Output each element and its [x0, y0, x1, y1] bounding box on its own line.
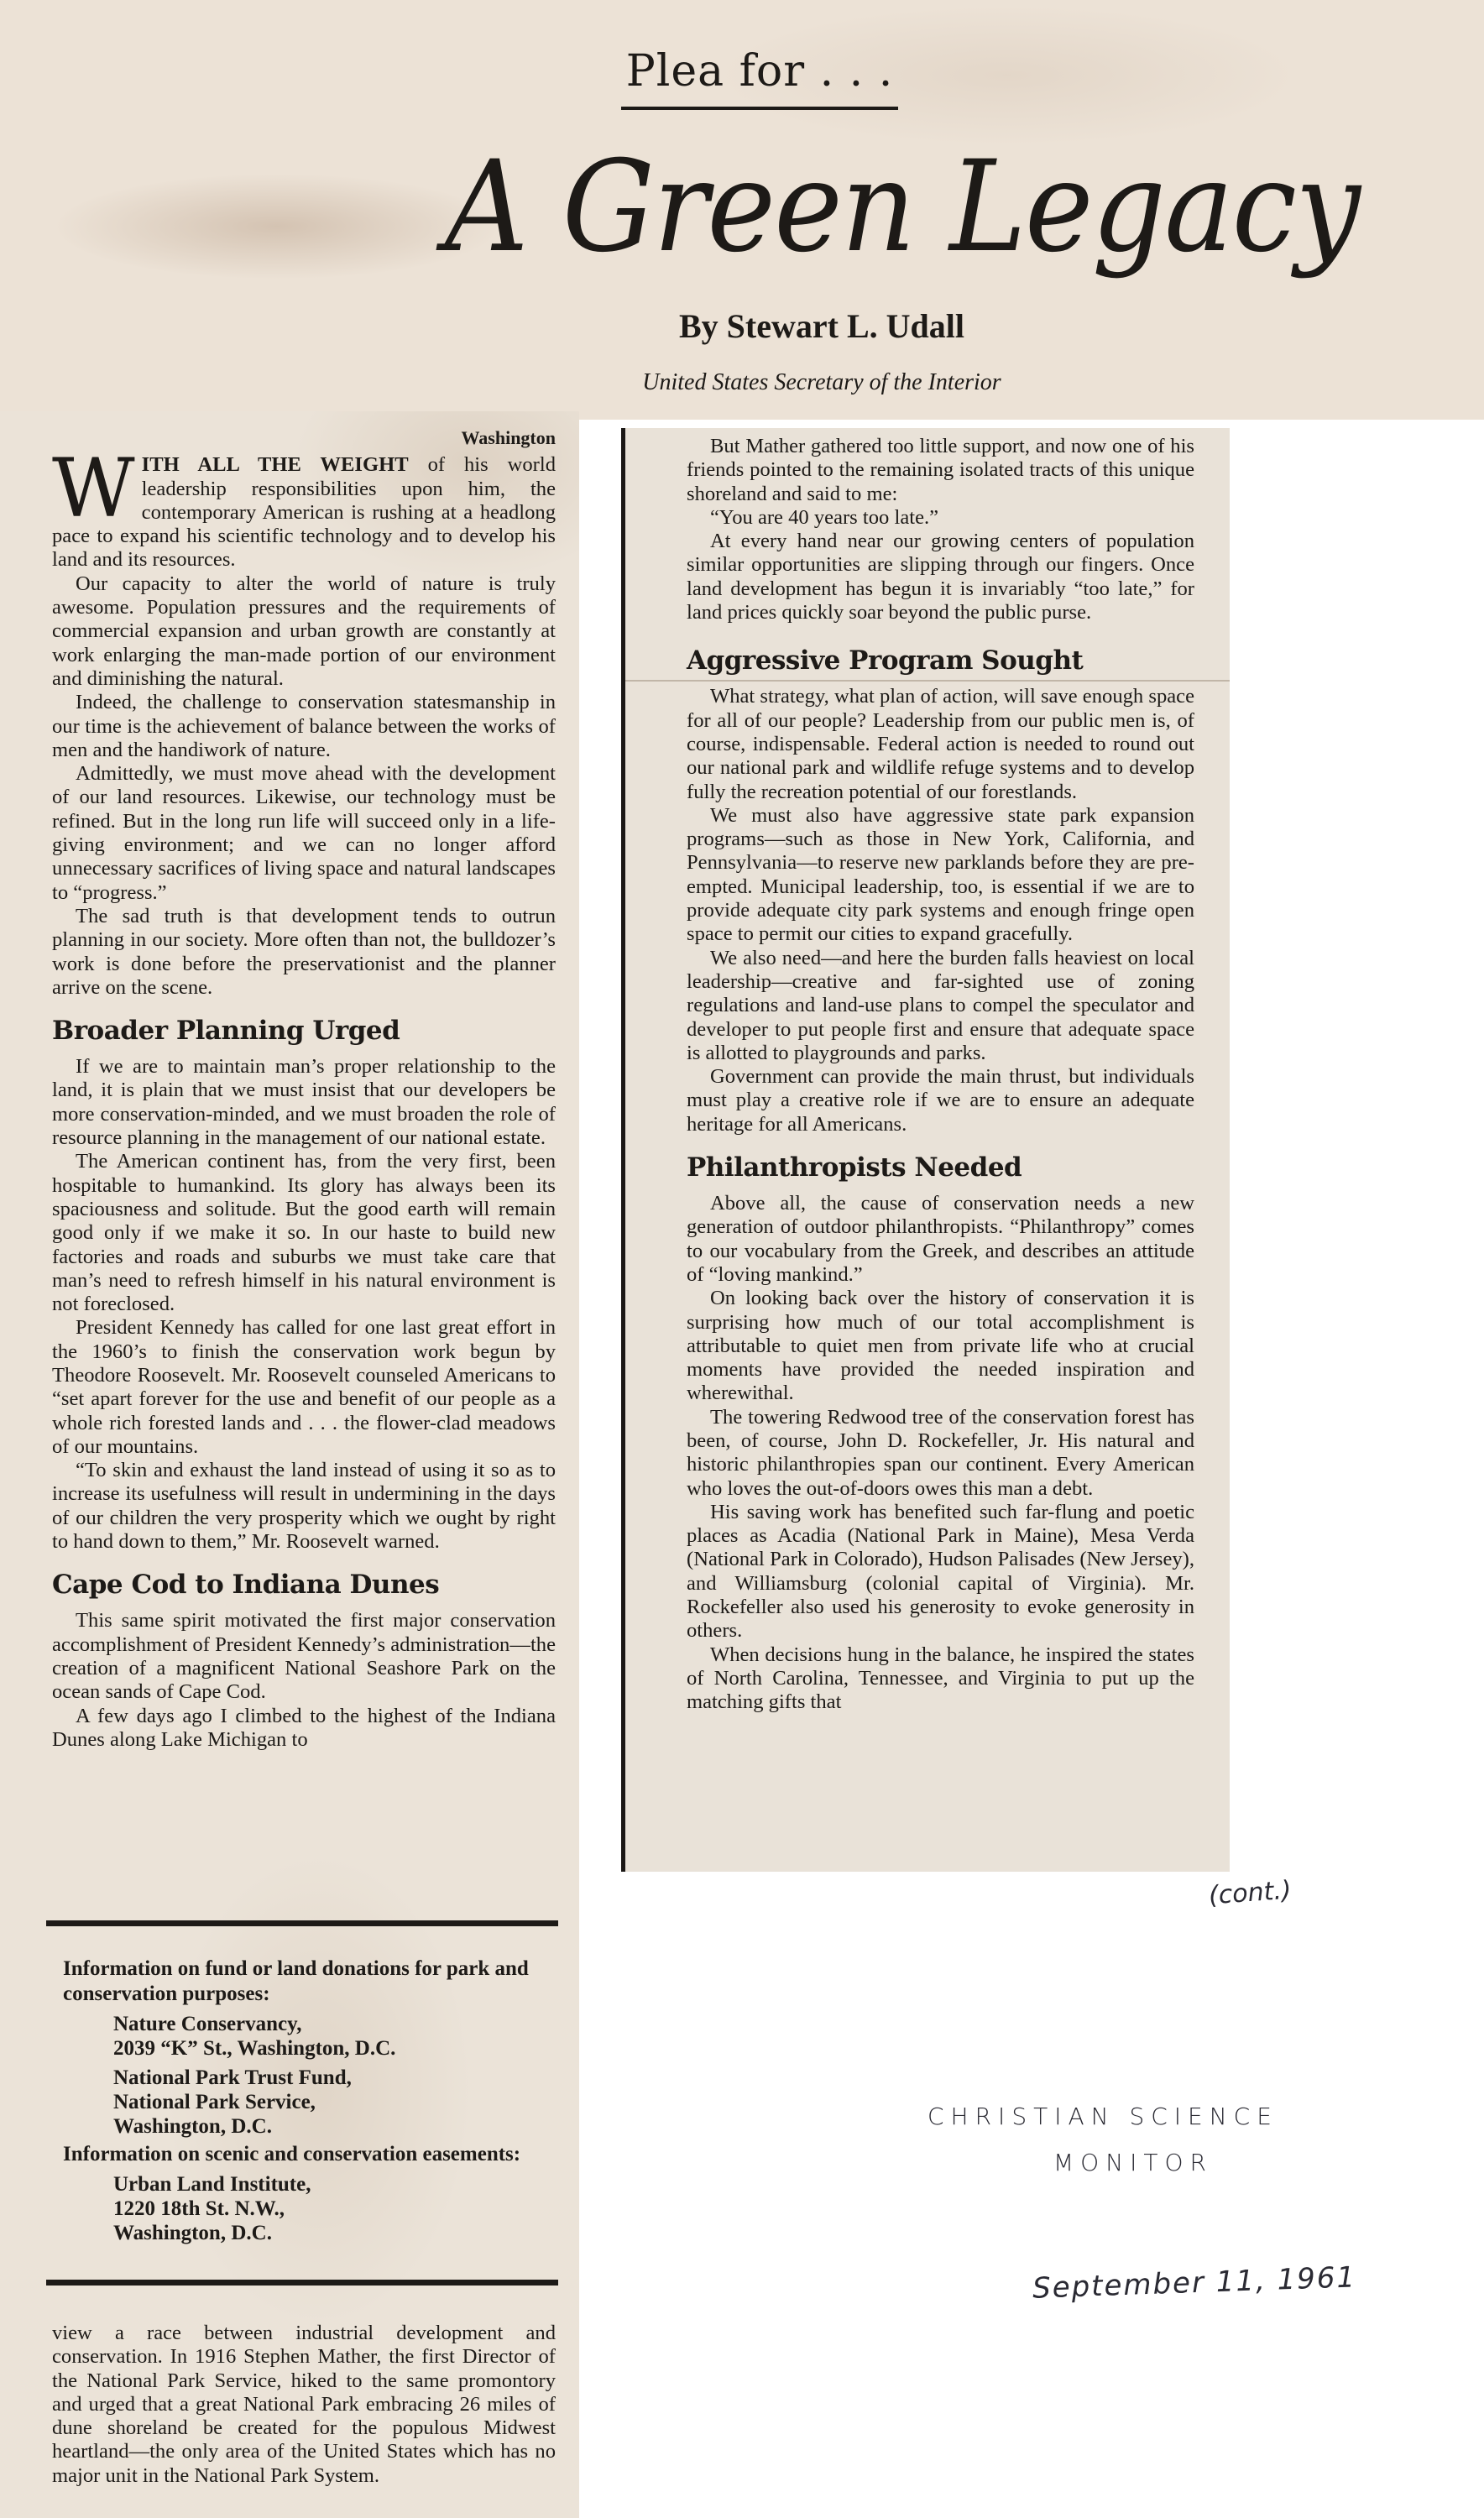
subhead-aggressive-program: Aggressive Program Sought	[687, 646, 1194, 675]
address-line: Washington, D.C.	[113, 2221, 548, 2245]
paragraph: The sad truth is that development tends …	[52, 905, 556, 1000]
address-line: National Park Trust Fund,	[113, 2066, 548, 2090]
info-heading-donations: Information on fund or land donations fo…	[63, 1956, 548, 2007]
kicker: Plea for . . .	[0, 46, 1484, 110]
paragraph: The towering Redwood tree of the conserv…	[687, 1406, 1194, 1501]
paragraph: We also need—and here the burden falls h…	[687, 947, 1194, 1065]
paragraph: Above all, the cause of conservation nee…	[687, 1192, 1194, 1287]
handwritten-publication-line2: MONITOR	[1053, 2149, 1213, 2176]
handwritten-date: September 11, 1961	[1032, 2260, 1356, 2305]
paragraph: “You are 40 years too late.”	[687, 506, 1194, 530]
right-column: But Mather gathered too little support, …	[687, 435, 1194, 1715]
right-paragraphs-2: What strategy, what plan of action, will…	[687, 685, 1194, 1136]
left-paragraphs-1: Our capacity to alter the world of natur…	[52, 572, 556, 1000]
paragraph: His saving work has benefited such far-f…	[687, 1501, 1194, 1643]
info-orgs-easements: Urban Land Institute,1220 18th St. N.W.,…	[63, 2172, 548, 2245]
paragraph: When decisions hung in the balance, he i…	[687, 1643, 1194, 1715]
continuation-paragraph: view a race between industrial developme…	[52, 2322, 556, 2488]
paragraph: The American continent has, from the ver…	[52, 1150, 556, 1316]
subhead-philanthropists: Philanthropists Needed	[687, 1153, 1194, 1182]
address-line: 1220 18th St. N.W.,	[113, 2197, 548, 2221]
lead-paragraph: WITH ALL THE WEIGHT of his world leaders…	[52, 453, 556, 572]
subhead-cape-cod: Cape Cod to Indiana Dunes	[52, 1570, 556, 1599]
address-line: Nature Conservancy,	[113, 2012, 548, 2036]
right-paragraphs-1: But Mather gathered too little support, …	[687, 435, 1194, 624]
paragraph: Government can provide the main thrust, …	[687, 1065, 1194, 1136]
info-orgs-donations: Nature Conservancy,2039 “K” St., Washing…	[63, 2012, 548, 2139]
address-line: National Park Service,	[113, 2090, 548, 2114]
paragraph: This same spirit motivated the first maj…	[52, 1609, 556, 1704]
handwritten-publication-line1: CHRISTIAN SCIENCE	[927, 2103, 1278, 2130]
paragraph: On looking back over the history of cons…	[687, 1287, 1194, 1405]
org-address: Nature Conservancy,2039 “K” St., Washing…	[113, 2012, 548, 2061]
paragraph: Indeed, the challenge to conservation st…	[52, 691, 556, 762]
right-paragraphs-3: Above all, the cause of conservation nee…	[687, 1192, 1194, 1715]
headline: A Green Legacy	[445, 134, 1359, 280]
left-continuation: view a race between industrial developme…	[52, 2322, 556, 2488]
paragraph: A few days ago I climbed to the highest …	[52, 1705, 556, 1753]
left-paragraphs-2: If we are to maintain man’s proper relat…	[52, 1055, 556, 1554]
drop-cap: W	[52, 457, 135, 520]
left-paragraphs-3: This same spirit motivated the first maj…	[52, 1609, 556, 1752]
org-address: National Park Trust Fund,National Park S…	[113, 2066, 548, 2139]
info-box: Information on fund or land donations fo…	[46, 1920, 558, 2286]
byline-title: United States Secretary of the Interior	[0, 369, 1484, 396]
subhead-broader-planning: Broader Planning Urged	[52, 1016, 556, 1045]
info-heading-easements: Information on scenic and conservation e…	[63, 2142, 548, 2167]
paragraph: Our capacity to alter the world of natur…	[52, 572, 556, 691]
lead-caps: ITH ALL THE WEIGHT	[142, 453, 409, 476]
header-clipping: Plea for . . . A Green Legacy By Stewart…	[0, 0, 1484, 420]
address-line: Washington, D.C.	[113, 2114, 548, 2139]
paragraph: But Mather gathered too little support, …	[687, 435, 1194, 506]
paragraph: Admittedly, we must move ahead with the …	[52, 762, 556, 905]
left-column: Washington WITH ALL THE WEIGHT of his wo…	[52, 426, 556, 1752]
byline: By Stewart L. Udall	[0, 306, 1484, 346]
paragraph: “To skin and exhaust the land instead of…	[52, 1459, 556, 1554]
org-address: Urban Land Institute,1220 18th St. N.W.,…	[113, 2172, 548, 2245]
paragraph: President Kennedy has called for one las…	[52, 1316, 556, 1459]
paragraph: What strategy, what plan of action, will…	[687, 685, 1194, 803]
address-line: Urban Land Institute,	[113, 2172, 548, 2197]
address-line: 2039 “K” St., Washington, D.C.	[113, 2036, 548, 2061]
paragraph: If we are to maintain man’s proper relat…	[52, 1055, 556, 1150]
handwritten-continued: (cont.)	[1208, 1876, 1293, 1911]
paragraph: We must also have aggressive state park …	[687, 804, 1194, 947]
kicker-text: Plea for . . .	[621, 46, 899, 110]
paragraph: At every hand near our growing centers o…	[687, 530, 1194, 624]
